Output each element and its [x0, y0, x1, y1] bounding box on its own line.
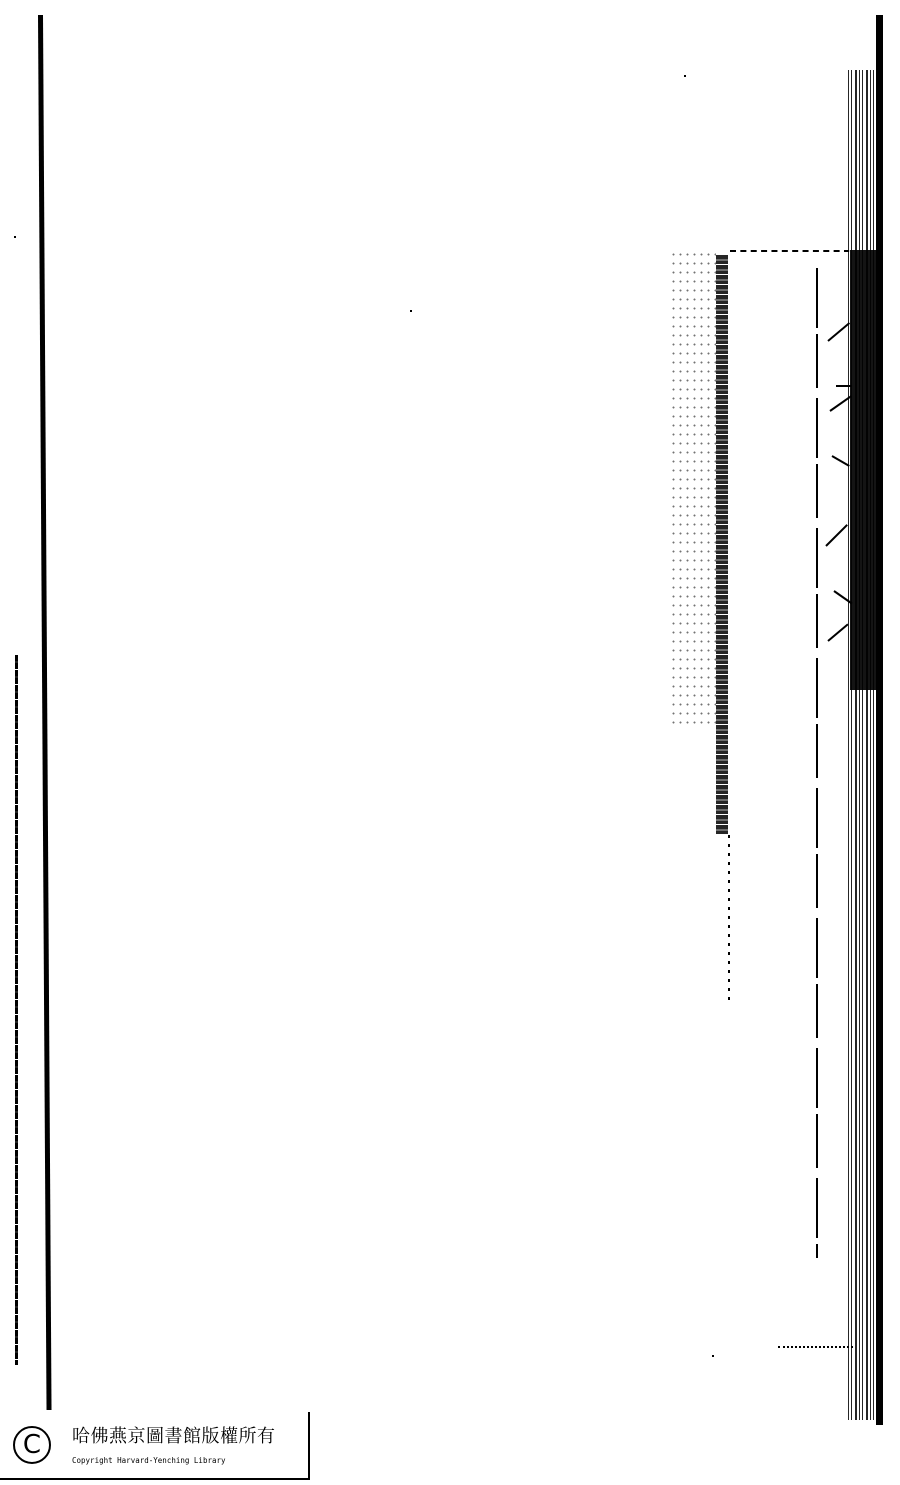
copyright-stamp: C 哈佛燕京圖書館版權所有 Copyright Harvard-Yenching…	[0, 1412, 310, 1480]
scan-speck	[684, 75, 686, 77]
scan-noise	[670, 250, 716, 730]
copyright-english-text: Copyright Harvard-Yenching Library	[72, 1456, 226, 1465]
scan-speck	[14, 236, 16, 238]
frame-top-border	[730, 250, 850, 252]
scan-speck	[712, 1355, 714, 1357]
copyright-chinese-text: 哈佛燕京圖書館版權所有	[72, 1422, 276, 1448]
bottom-rule-mark	[778, 1346, 853, 1348]
left-inner-edge	[15, 655, 18, 1365]
scan-speck	[410, 310, 412, 312]
frame-left-border	[716, 255, 728, 835]
copyright-icon: C	[13, 1426, 51, 1464]
left-page-edge	[38, 15, 52, 1410]
ink-stroke	[827, 322, 850, 342]
ink-stroke	[827, 624, 848, 642]
frame-left-border-fade	[728, 835, 730, 1005]
scanned-page: C 哈佛燕京圖書館版權所有 Copyright Harvard-Yenching…	[0, 0, 900, 1485]
right-page-edge	[876, 15, 883, 1425]
ink-stroke	[836, 385, 852, 387]
ink-stroke	[825, 524, 848, 547]
inner-column-rule	[816, 268, 818, 1258]
